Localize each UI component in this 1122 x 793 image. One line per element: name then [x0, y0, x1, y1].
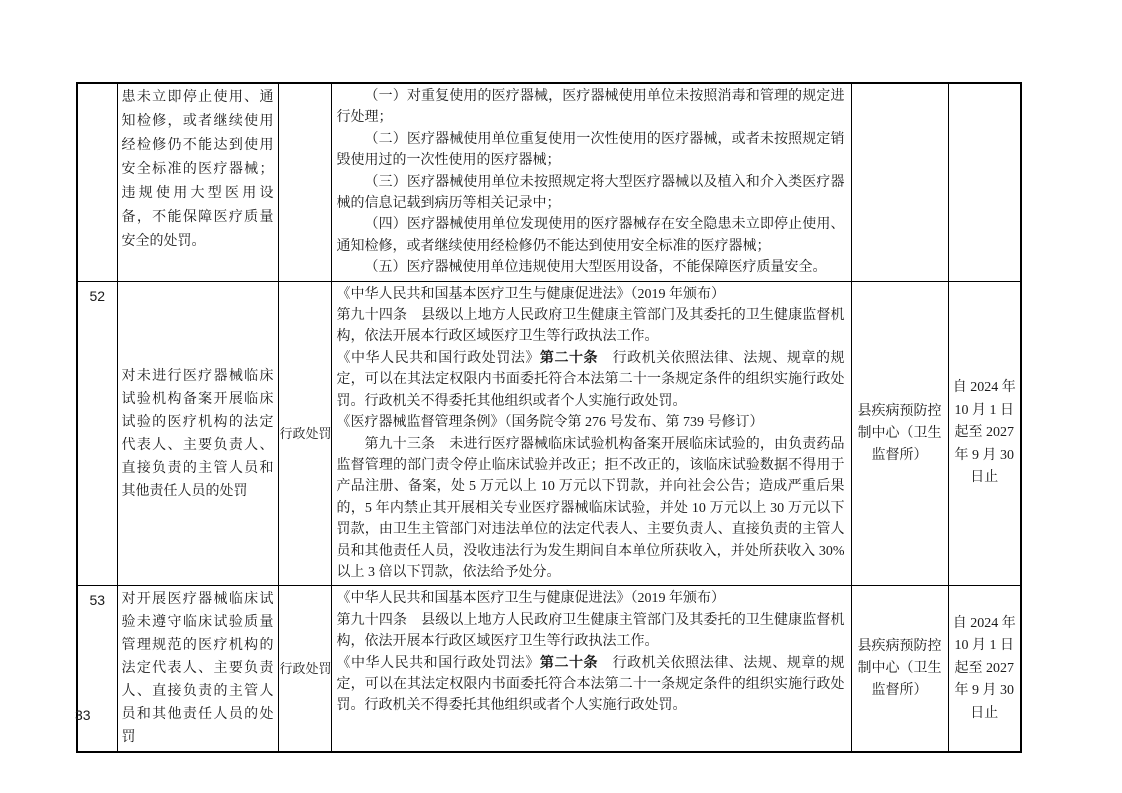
legal-basis-cell: （一）对重复使用的医疗器械，医疗器械使用单位未按照消毒和管理的规定进行处理；（二…	[331, 83, 851, 281]
legal-basis-paragraph: （一）对重复使用的医疗器械，医疗器械使用单位未按照消毒和管理的规定进行处理；	[337, 86, 845, 129]
legal-basis-paragraph: （四）医疗器械使用单位发现使用的医疗器械存在安全隐患未立即停止使用、通知检修，或…	[337, 214, 845, 257]
legal-basis-paragraph: （三）医疗器械使用单位未按照规定将大型医疗器械以及植入和介入类医疗器械的信息记载…	[337, 172, 845, 215]
table-row: 52对未进行医疗器械临床试验机构备案开展临床试验的医疗机构的法定代表人、主要负责…	[77, 281, 1021, 586]
table-row: 53对开展医疗器械临床试验未遵守临床试验质量管理规范的医疗机构的法定代表人、主要…	[77, 586, 1021, 753]
legal-basis-paragraph: 《中华人民共和国基本医疗卫生与健康促进法》（2019 年颁布）	[337, 588, 845, 609]
legal-basis-paragraph: 第九十三条 未进行医疗器械临床试验机构备案开展临床试验的，由负责药品监督管理的部…	[337, 434, 845, 584]
legal-basis-text: 《医疗器械监督管理条例》（国务院令第 276 号发布、第 739 号修订）	[337, 415, 764, 430]
legal-basis-text: （五）医疗器械使用单位违规使用大型医用设备，不能保障医疗质量安全。	[365, 260, 827, 275]
penalty-item-cell: 患未立即停止使用、通知检修，或者继续使用经检修仍不能达到使用安全标准的医疗器械；…	[117, 83, 278, 281]
row-number-cell	[77, 83, 117, 281]
undertaking-period-cell: 自 2024 年 10 月 1 日起至 2027 年 9 月 30 日止	[948, 281, 1021, 586]
legal-basis-paragraph: 第九十四条 县级以上地方人民政府卫生健康主管部门及其委托的卫生健康监督机构，依法…	[337, 305, 845, 348]
penalty-item-cell: 对未进行医疗器械临床试验机构备案开展临床试验的医疗机构的法定代表人、主要负责人、…	[117, 281, 278, 586]
undertaking-period-cell	[948, 83, 1021, 281]
penalty-type-cell: 行政处罚	[278, 586, 331, 753]
legal-basis-paragraph: （五）医疗器械使用单位违规使用大型医用设备，不能保障医疗质量安全。	[337, 257, 845, 278]
penalty-type-cell	[278, 83, 331, 281]
legal-basis-text: 《中华人民共和国基本医疗卫生与健康促进法》（2019 年颁布）	[337, 591, 726, 606]
legal-basis-paragraph: 第九十四条 县级以上地方人民政府卫生健康主管部门及其委托的卫生健康监督机构，依法…	[337, 610, 845, 653]
undertaking-period-cell: 自 2024 年 10 月 1 日起至 2027 年 9 月 30 日止	[948, 586, 1021, 753]
legal-basis-text: （一）对重复使用的医疗器械，医疗器械使用单位未按照消毒和管理的规定进行处理；	[337, 89, 845, 125]
legal-basis-text: 《中华人民共和国基本医疗卫生与健康促进法》（2019 年颁布）	[337, 287, 726, 302]
page-number: 33	[75, 707, 91, 723]
legal-basis-article-ref: 第二十条	[540, 351, 598, 366]
table-row: 患未立即停止使用、通知检修，或者继续使用经检修仍不能达到使用安全标准的医疗器械；…	[77, 83, 1021, 281]
legal-basis-cell: 《中华人民共和国基本医疗卫生与健康促进法》（2019 年颁布）第九十四条 县级以…	[331, 586, 851, 753]
legal-basis-text: 《中华人民共和国行政处罚法》	[337, 656, 540, 671]
penalty-type-cell: 行政处罚	[278, 281, 331, 586]
legal-basis-article-ref: 第二十条	[540, 656, 598, 671]
legal-basis-cell: 《中华人民共和国基本医疗卫生与健康促进法》（2019 年颁布）第九十四条 县级以…	[331, 281, 851, 586]
undertaking-unit-cell	[851, 83, 948, 281]
document-page: 患未立即停止使用、通知检修，或者继续使用经检修仍不能达到使用安全标准的医疗器械；…	[0, 0, 1122, 793]
legal-basis-text: （三）医疗器械使用单位未按照规定将大型医疗器械以及植入和介入类医疗器械的信息记载…	[337, 175, 845, 211]
penalty-items-table: 患未立即停止使用、通知检修，或者继续使用经检修仍不能达到使用安全标准的医疗器械；…	[76, 82, 1022, 753]
row-number-cell: 52	[77, 281, 117, 586]
undertaking-unit-cell: 县疾病预防控制中心（卫生监督所）	[851, 586, 948, 753]
penalty-table-body: 患未立即停止使用、通知检修，或者继续使用经检修仍不能达到使用安全标准的医疗器械；…	[77, 83, 1021, 752]
legal-basis-paragraph: 《中华人民共和国行政处罚法》第二十条 行政机关依照法律、法规、规章的规定，可以在…	[337, 653, 845, 717]
legal-basis-text: 《中华人民共和国行政处罚法》	[337, 351, 540, 366]
legal-basis-paragraph: 《中华人民共和国行政处罚法》第二十条 行政机关依照法律、法规、规章的规定，可以在…	[337, 348, 845, 412]
legal-basis-text: （四）医疗器械使用单位发现使用的医疗器械存在安全隐患未立即停止使用、通知检修，或…	[337, 217, 845, 253]
legal-basis-paragraph: 《医疗器械监督管理条例》（国务院令第 276 号发布、第 739 号修订）	[337, 412, 845, 433]
legal-basis-text: 第九十四条 县级以上地方人民政府卫生健康主管部门及其委托的卫生健康监督机构，依法…	[337, 613, 845, 649]
legal-basis-text: 第九十三条 未进行医疗器械临床试验机构备案开展临床试验的，由负责药品监督管理的部…	[337, 437, 845, 580]
legal-basis-text: （二）医疗器械使用单位重复使用一次性使用的医疗器械，或者未按照规定销毁使用过的一…	[337, 132, 845, 168]
legal-basis-paragraph: （二）医疗器械使用单位重复使用一次性使用的医疗器械，或者未按照规定销毁使用过的一…	[337, 129, 845, 172]
legal-basis-text: 第九十四条 县级以上地方人民政府卫生健康主管部门及其委托的卫生健康监督机构，依法…	[337, 308, 845, 344]
penalty-item-cell: 对开展医疗器械临床试验未遵守临床试验质量管理规范的医疗机构的法定代表人、主要负责…	[117, 586, 278, 753]
row-number-cell: 53	[77, 586, 117, 753]
undertaking-unit-cell: 县疾病预防控制中心（卫生监督所）	[851, 281, 948, 586]
legal-basis-paragraph: 《中华人民共和国基本医疗卫生与健康促进法》（2019 年颁布）	[337, 284, 845, 305]
